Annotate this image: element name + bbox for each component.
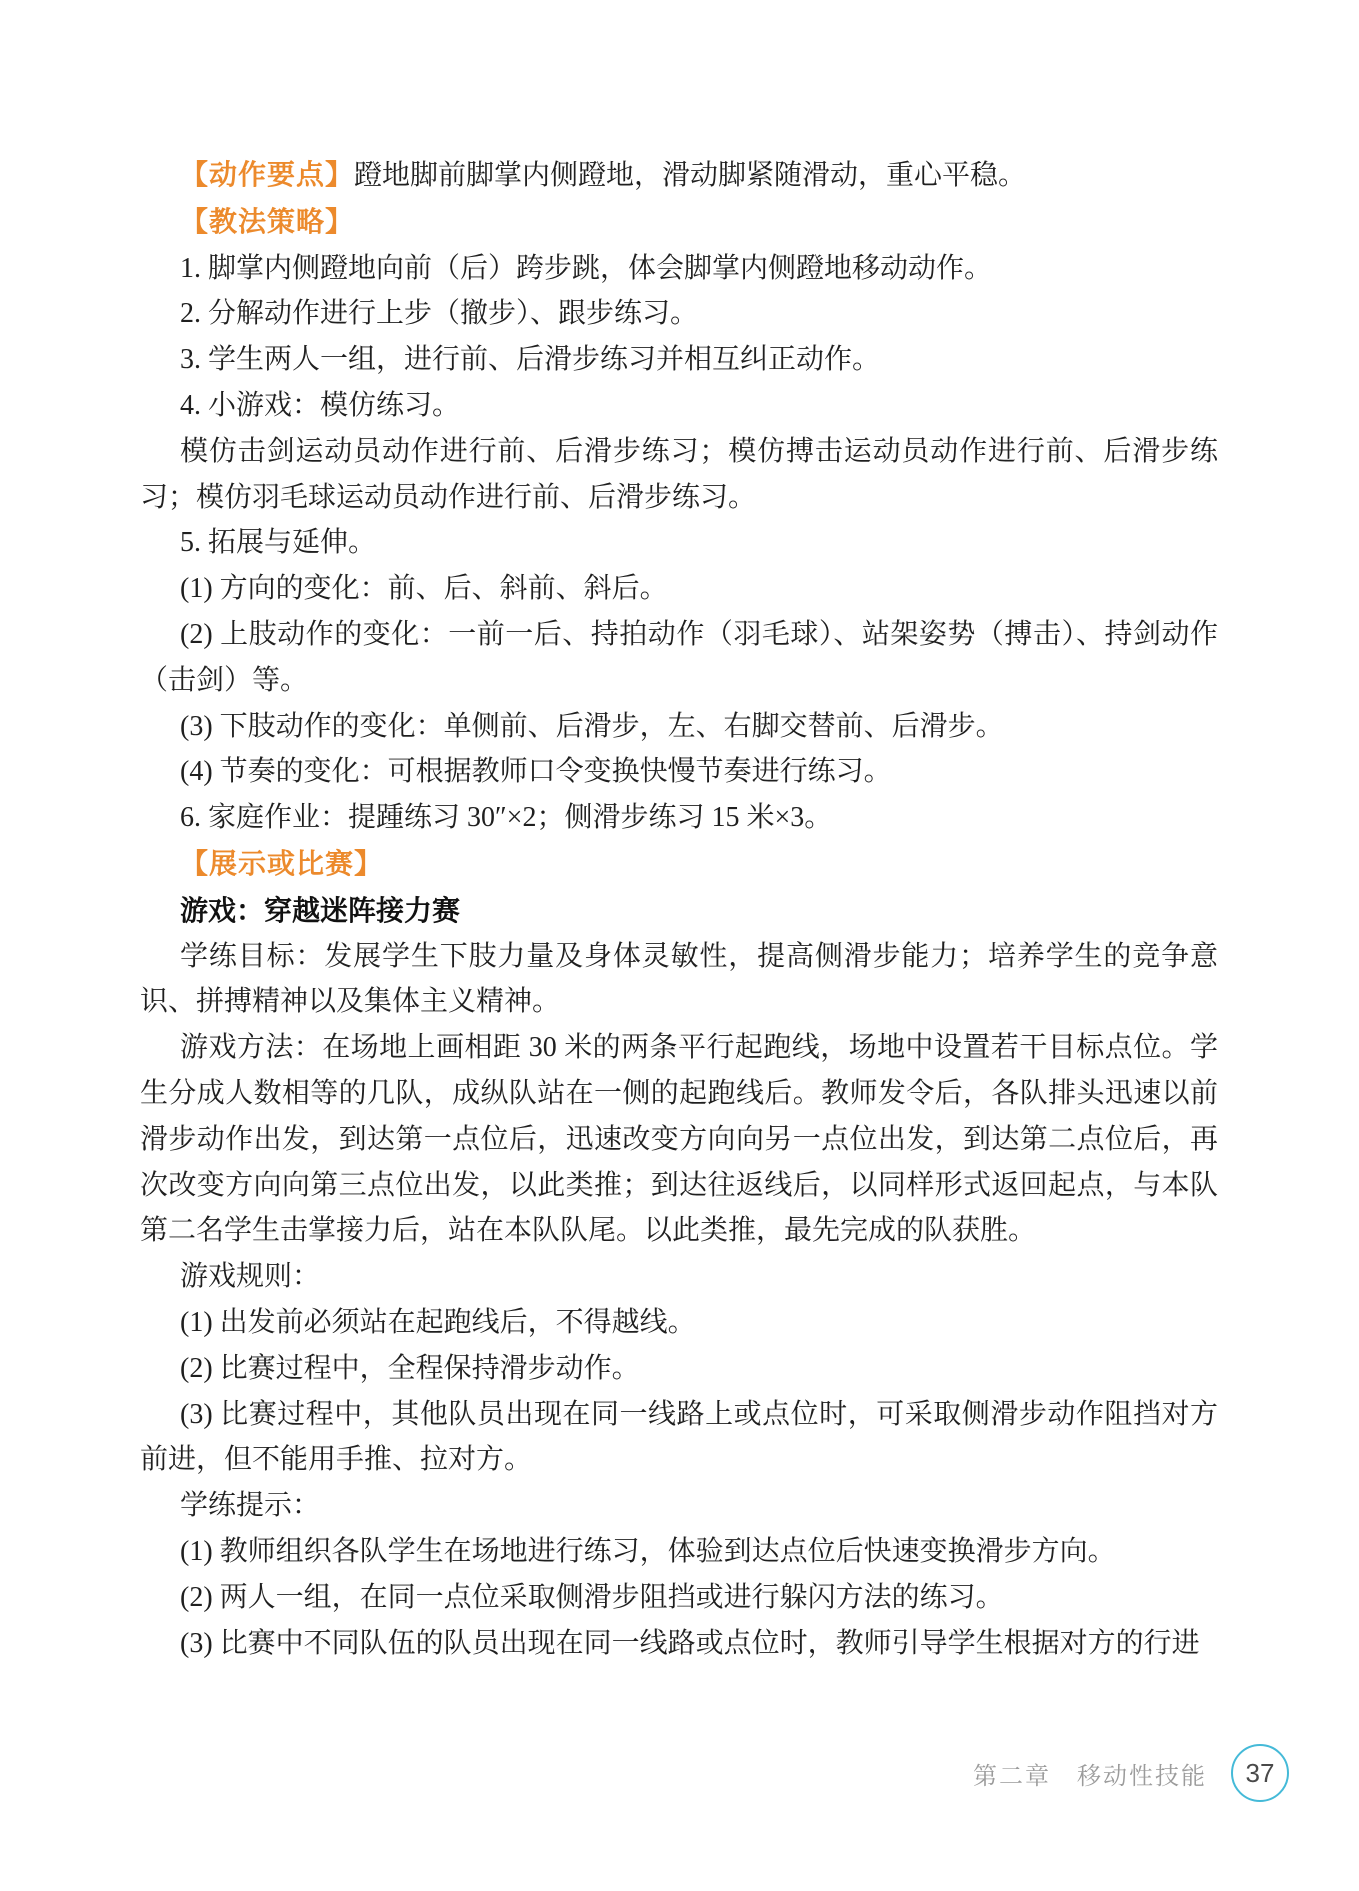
- extension-item-2: (2) 上肢动作的变化：一前一后、持拍动作（羽毛球）、站架姿势（搏击）、持剑动作…: [140, 612, 1218, 704]
- text-run: (2) 两人一组，在同一点位采取侧滑步阻挡或进行躲闪方法的练习。: [180, 1582, 1004, 1613]
- section-header-label: 【教法策略】: [180, 206, 354, 237]
- game-rules-label: 游戏规则：: [140, 1254, 1218, 1300]
- learning-goal-paragraph: 学练目标：发展学生下肢力量及身体灵敏性，提高侧滑步能力；培养学生的竞争意识、拼搏…: [140, 934, 1218, 1026]
- text-run: 2. 分解动作进行上步（撤步）、跟步练习。: [180, 298, 698, 329]
- text-run: 6. 家庭作业：提踵练习 30″×2；侧滑步练习 15 米×3。: [180, 802, 832, 833]
- game-rule-2: (2) 比赛过程中，全程保持滑步动作。: [140, 1346, 1218, 1392]
- teaching-strategy-heading: 【教法策略】: [140, 199, 1218, 246]
- text-run: 蹬地脚前脚掌内侧蹬地，滑动脚紧随滑动，重心平稳。: [354, 160, 1026, 191]
- imitation-paragraph: 模仿击剑运动员动作进行前、后滑步练习；模仿搏击运动员动作进行前、后滑步练习；模仿…: [140, 429, 1218, 521]
- text-run: 5. 拓展与延伸。: [180, 527, 376, 558]
- text-run: (3) 下肢动作的变化：单侧前、后滑步，左、右脚交替前、后滑步。: [180, 711, 1004, 742]
- text-run: (1) 出发前必须站在起跑线后，不得越线。: [180, 1307, 696, 1338]
- document-page: 【动作要点】蹬地脚前脚掌内侧蹬地，滑动脚紧随滑动，重心平稳。【教法策略】1. 脚…: [0, 0, 1359, 1891]
- text-run: (1) 方向的变化：前、后、斜前、斜后。: [180, 573, 668, 604]
- strategy-item-5: 5. 拓展与延伸。: [140, 520, 1218, 566]
- page-footer: 第二章 移动性技能 37: [973, 1744, 1289, 1802]
- text-run: 模仿击剑运动员动作进行前、后滑步练习；模仿搏击运动员动作进行前、后滑步练习；模仿…: [140, 436, 1218, 513]
- strategy-item-6: 6. 家庭作业：提踵练习 30″×2；侧滑步练习 15 米×3。: [140, 795, 1218, 841]
- text-run: (2) 比赛过程中，全程保持滑步动作。: [180, 1353, 640, 1384]
- page-number-badge: 37: [1231, 1744, 1289, 1802]
- game-method-paragraph: 游戏方法：在场地上画相距 30 米的两条平行起跑线，场地中设置若干目标点位。学生…: [140, 1025, 1218, 1254]
- strategy-item-2: 2. 分解动作进行上步（撤步）、跟步练习。: [140, 291, 1218, 337]
- show-or-compete-heading: 【展示或比赛】: [140, 841, 1218, 888]
- extension-item-1: (1) 方向的变化：前、后、斜前、斜后。: [140, 566, 1218, 612]
- text-run: 游戏：穿越迷阵接力赛: [180, 895, 460, 926]
- practice-tip-2: (2) 两人一组，在同一点位采取侧滑步阻挡或进行躲闪方法的练习。: [140, 1575, 1218, 1621]
- text-run: 1. 脚掌内侧蹬地向前（后）跨步跳，体会脚掌内侧蹬地移动动作。: [180, 253, 992, 284]
- section-header-label: 【动作要点】: [180, 159, 354, 190]
- text-run: (4) 节奏的变化：可根据教师口令变换快慢节奏进行练习。: [180, 756, 892, 787]
- extension-item-3: (3) 下肢动作的变化：单侧前、后滑步，左、右脚交替前、后滑步。: [140, 704, 1218, 750]
- practice-tips-label: 学练提示：: [140, 1483, 1218, 1529]
- practice-tip-1: (1) 教师组织各队学生在场地进行练习，体验到达点位后快速变换滑步方向。: [140, 1529, 1218, 1575]
- text-run: (1) 教师组织各队学生在场地进行练习，体验到达点位后快速变换滑步方向。: [180, 1536, 1116, 1567]
- text-run: 游戏规则：: [180, 1261, 320, 1292]
- text-run: 游戏方法：在场地上画相距 30 米的两条平行起跑线，场地中设置若干目标点位。学生…: [140, 1032, 1218, 1246]
- action-points-heading: 【动作要点】蹬地脚前脚掌内侧蹬地，滑动脚紧随滑动，重心平稳。: [140, 152, 1218, 199]
- game-rule-1: (1) 出发前必须站在起跑线后，不得越线。: [140, 1300, 1218, 1346]
- game-rule-3: (3) 比赛过程中，其他队员出现在同一线路上或点位时，可采取侧滑步动作阻挡对方前…: [140, 1392, 1218, 1484]
- game-title: 游戏：穿越迷阵接力赛: [140, 888, 1218, 934]
- text-run: (3) 比赛中不同队伍的队员出现在同一线路或点位时，教师引导学生根据对方的行进: [180, 1628, 1200, 1659]
- text-run: 学练提示：: [180, 1490, 320, 1521]
- page-number: 37: [1246, 1758, 1275, 1789]
- strategy-item-1: 1. 脚掌内侧蹬地向前（后）跨步跳，体会脚掌内侧蹬地移动动作。: [140, 246, 1218, 292]
- practice-tip-3: (3) 比赛中不同队伍的队员出现在同一线路或点位时，教师引导学生根据对方的行进: [140, 1621, 1218, 1667]
- extension-item-4: (4) 节奏的变化：可根据教师口令变换快慢节奏进行练习。: [140, 749, 1218, 795]
- text-run: 学练目标：发展学生下肢力量及身体灵敏性，提高侧滑步能力；培养学生的竞争意识、拼搏…: [140, 941, 1218, 1018]
- strategy-item-4: 4. 小游戏：模仿练习。: [140, 383, 1218, 429]
- footer-chapter-label: 第二章 移动性技能: [973, 1756, 1207, 1791]
- section-header-label: 【展示或比赛】: [180, 848, 383, 879]
- page-body: 【动作要点】蹬地脚前脚掌内侧蹬地，滑动脚紧随滑动，重心平稳。【教法策略】1. 脚…: [140, 152, 1218, 1666]
- strategy-item-3: 3. 学生两人一组，进行前、后滑步练习并相互纠正动作。: [140, 337, 1218, 383]
- text-run: 4. 小游戏：模仿练习。: [180, 390, 460, 421]
- text-run: 3. 学生两人一组，进行前、后滑步练习并相互纠正动作。: [180, 344, 880, 375]
- text-run: (3) 比赛过程中，其他队员出现在同一线路上或点位时，可采取侧滑步动作阻挡对方前…: [140, 1399, 1218, 1476]
- text-run: (2) 上肢动作的变化：一前一后、持拍动作（羽毛球）、站架姿势（搏击）、持剑动作…: [140, 619, 1218, 696]
